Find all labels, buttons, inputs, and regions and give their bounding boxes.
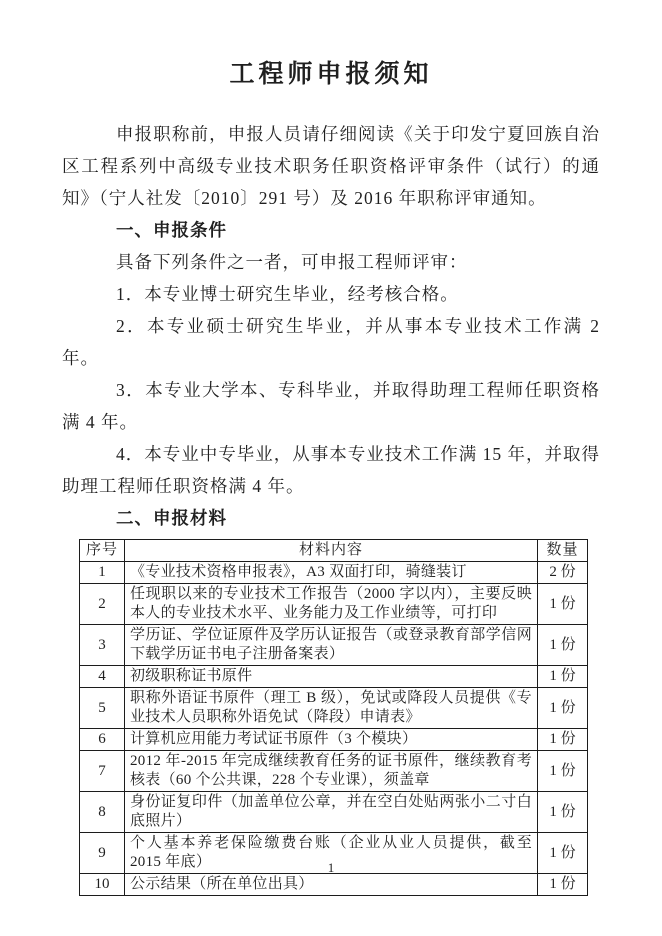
- table-row: 4 初级职称证书原件 1 份: [80, 666, 588, 688]
- cell-content: 计算机应用能力考试证书原件（3 个模块）: [125, 729, 538, 751]
- cell-qty: 1 份: [538, 688, 588, 729]
- cell-content: 身份证复印件（加盖单位公章，并在空白处贴两张小二寸白底照片）: [125, 792, 538, 833]
- cell-content: 职称外语证书原件（理工 B 级），免试或降段人员提供《专业技术人员职称外语免试（…: [125, 688, 538, 729]
- header-content: 材料内容: [125, 540, 538, 562]
- cell-qty: 1 份: [538, 584, 588, 625]
- materials-table: 序号 材料内容 数量 1 《专业技术资格申报表》，A3 双面打印，骑缝装订 2 …: [79, 539, 588, 896]
- cell-no: 10: [80, 874, 125, 896]
- condition-item-2: 2．本专业硕士研究生毕业，并从事本专业技术工作满 2 年。: [62, 310, 600, 374]
- table-row: 2 任现职以来的专业技术工作报告（2000 字以内），主要反映本人的专业技术水平…: [80, 584, 588, 625]
- section2-heading: 二、申报材料: [62, 502, 600, 534]
- intro-paragraph: 申报职称前，申报人员请仔细阅读《关于印发宁夏回族自治区工程系列中高级专业技术职务…: [62, 118, 600, 214]
- cell-content: 2012 年-2015 年完成继续教育任务的证书原件，继续教育考核表（60 个公…: [125, 751, 538, 792]
- condition-item-4: 4．本专业中专毕业，从事本专业技术工作满 15 年，并取得助理工程师任职资格满 …: [62, 438, 600, 502]
- document-page: 工程师申报须知 申报职称前，申报人员请仔细阅读《关于印发宁夏回族自治区工程系列中…: [0, 0, 662, 936]
- table-row: 8 身份证复印件（加盖单位公章，并在空白处贴两张小二寸白底照片） 1 份: [80, 792, 588, 833]
- cell-qty: 1 份: [538, 751, 588, 792]
- table-row: 6 计算机应用能力考试证书原件（3 个模块） 1 份: [80, 729, 588, 751]
- header-no: 序号: [80, 540, 125, 562]
- cell-no: 8: [80, 792, 125, 833]
- cell-qty: 1 份: [538, 874, 588, 896]
- cell-content: 学历证、学位证原件及学历认证报告（或登录教育部学信网下载学历证书电子注册备案表）: [125, 625, 538, 666]
- cell-qty: 1 份: [538, 729, 588, 751]
- table-row: 1 《专业技术资格申报表》，A3 双面打印，骑缝装订 2 份: [80, 562, 588, 584]
- cell-no: 3: [80, 625, 125, 666]
- document-content: 工程师申报须知 申报职称前，申报人员请仔细阅读《关于印发宁夏回族自治区工程系列中…: [0, 0, 662, 896]
- table-row: 5 职称外语证书原件（理工 B 级），免试或降段人员提供《专业技术人员职称外语免…: [80, 688, 588, 729]
- table-header-row: 序号 材料内容 数量: [80, 540, 588, 562]
- cell-no: 2: [80, 584, 125, 625]
- cell-no: 7: [80, 751, 125, 792]
- cell-qty: 1 份: [538, 625, 588, 666]
- cell-no: 1: [80, 562, 125, 584]
- cell-no: 6: [80, 729, 125, 751]
- condition-item-1: 1．本专业博士研究生毕业，经考核合格。: [62, 278, 600, 310]
- page-number: 1: [0, 860, 662, 876]
- section1-heading: 一、申报条件: [62, 214, 600, 246]
- cell-qty: 2 份: [538, 562, 588, 584]
- header-qty: 数量: [538, 540, 588, 562]
- table-row: 7 2012 年-2015 年完成继续教育任务的证书原件，继续教育考核表（60 …: [80, 751, 588, 792]
- cell-content: 任现职以来的专业技术工作报告（2000 字以内），主要反映本人的专业技术水平、业…: [125, 584, 538, 625]
- table-row: 3 学历证、学位证原件及学历认证报告（或登录教育部学信网下载学历证书电子注册备案…: [80, 625, 588, 666]
- cell-no: 4: [80, 666, 125, 688]
- condition-item-3: 3．本专业大学本、专科毕业，并取得助理工程师任职资格满 4 年。: [62, 374, 600, 438]
- cell-qty: 1 份: [538, 792, 588, 833]
- cell-content: 初级职称证书原件: [125, 666, 538, 688]
- page-title: 工程师申报须知: [62, 58, 600, 92]
- cell-content: 公示结果（所在单位出具）: [125, 874, 538, 896]
- table-row: 10 公示结果（所在单位出具） 1 份: [80, 874, 588, 896]
- section1-lead: 具备下列条件之一者，可申报工程师评审：: [62, 246, 600, 278]
- cell-content: 《专业技术资格申报表》，A3 双面打印，骑缝装订: [125, 562, 538, 584]
- cell-no: 5: [80, 688, 125, 729]
- cell-qty: 1 份: [538, 666, 588, 688]
